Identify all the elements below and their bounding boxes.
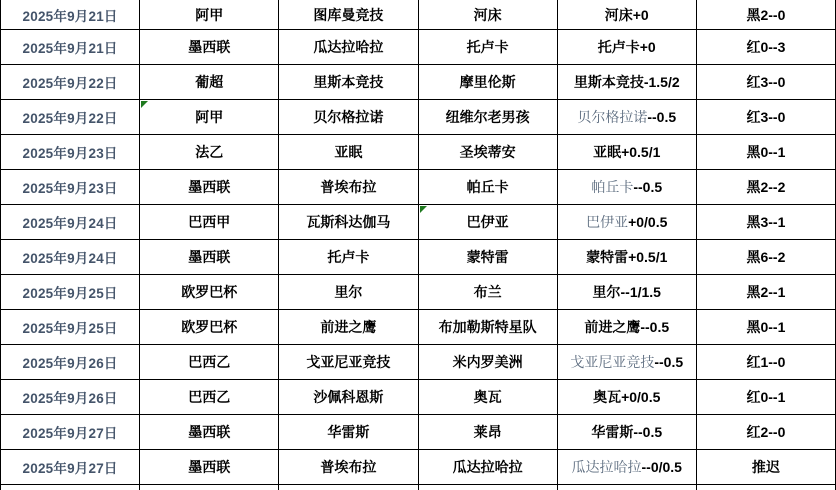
cell-result[interactable]: 红0--3 (697, 30, 836, 65)
cell-league[interactable]: 墨西联 (140, 240, 279, 275)
handicap-team-text: 蒙特雷 (586, 247, 628, 267)
cell-handicap[interactable]: 华雷斯--0.5 (558, 415, 697, 450)
away-text: 瓜达拉哈拉 (453, 457, 523, 477)
league-text: 巴西乙 (188, 352, 230, 372)
cell-date[interactable]: 2025年9月27日 (1, 450, 140, 485)
empty-cell[interactable] (558, 485, 697, 490)
cell-result[interactable]: 黑0--1 (697, 135, 836, 170)
handicap-team-text: 帕丘卡 (591, 177, 633, 197)
cell-away-team[interactable]: 帕丘卡 (419, 170, 558, 205)
home-text: 华雷斯 (327, 422, 369, 442)
result-text: 黑0--1 (746, 142, 785, 162)
home-text: 图库曼竞技 (313, 5, 383, 25)
league-text: 法乙 (195, 142, 223, 162)
cell-league[interactable]: 墨西联 (140, 415, 279, 450)
away-text: 布加勒斯特星队 (439, 317, 537, 337)
cell-league[interactable]: 欧罗巴杯 (140, 310, 279, 345)
home-text: 亚眠 (334, 142, 362, 162)
cell-result[interactable]: 红3--0 (697, 65, 836, 100)
cell-league[interactable]: 葡超 (140, 65, 279, 100)
cell-league[interactable]: 墨西联 (140, 450, 279, 485)
cell-league[interactable]: 巴西乙 (140, 380, 279, 415)
home-text: 贝尔格拉诺 (313, 107, 383, 127)
league-text: 墨西联 (188, 457, 230, 477)
cell-home-team[interactable]: 里斯本竞技 (279, 65, 418, 100)
cell-away-team[interactable]: 米内罗美洲 (419, 345, 558, 380)
handicap-value-text: --0/0.5 (642, 459, 682, 475)
away-text: 帕丘卡 (467, 177, 509, 197)
handicap-value-text: --0.5 (633, 424, 662, 440)
cell-date[interactable]: 2025年9月24日 (1, 240, 140, 275)
cell-result[interactable]: 黑2--2 (697, 170, 836, 205)
handicap-value-text: +0/0.5 (628, 214, 667, 230)
cell-handicap[interactable]: 蒙特雷+0.5/1 (558, 240, 697, 275)
handicap-team-text: 贝尔格拉诺 (577, 107, 647, 127)
cell-home-team[interactable]: 瓦斯科达伽马 (279, 205, 418, 240)
handicap-team-text: 河床 (605, 5, 633, 25)
home-text: 普埃布拉 (320, 177, 376, 197)
date-text: 2025年9月25日 (23, 282, 118, 302)
cell-league[interactable]: 巴西甲 (140, 205, 279, 240)
cell-date[interactable]: 2025年9月26日 (1, 345, 140, 380)
cell-result[interactable]: 红0--1 (697, 380, 836, 415)
league-text: 墨西联 (188, 177, 230, 197)
cell-result[interactable]: 黑6--2 (697, 240, 836, 275)
cell-handicap[interactable]: 河床+0 (558, 0, 697, 30)
cell-date[interactable]: 2025年9月24日 (1, 205, 140, 240)
away-text: 圣埃蒂安 (460, 142, 516, 162)
cell-handicap[interactable]: 戈亚尼亚竞技--0.5 (558, 345, 697, 380)
handicap-team-text: 戈亚尼亚竞技 (570, 352, 654, 372)
date-text: 2025年9月26日 (23, 387, 118, 407)
cell-away-team[interactable]: 托卢卡 (419, 30, 558, 65)
cell-handicap[interactable]: 里尔--1/1.5 (558, 275, 697, 310)
result-text: 红2--0 (746, 422, 785, 442)
handicap-value-text: +0.5/1 (621, 144, 660, 160)
league-text: 巴西乙 (188, 387, 230, 407)
handicap-value-text: --0.5 (633, 179, 662, 195)
handicap-value-text: +0/0.5 (621, 389, 660, 405)
cell-handicap[interactable]: 巴伊亚+0/0.5 (558, 205, 697, 240)
empty-cell[interactable] (279, 485, 418, 490)
cell-away-team[interactable]: 瓜达拉哈拉 (419, 450, 558, 485)
cell-handicap[interactable]: 前进之鹰 --0.5 (558, 310, 697, 345)
cell-away-team[interactable]: 圣埃蒂安 (419, 135, 558, 170)
away-text: 奥瓦 (474, 387, 502, 407)
handicap-team-text: 瓜达拉哈拉 (572, 457, 642, 477)
cell-handicap[interactable]: 奥瓦+0/0.5 (558, 380, 697, 415)
cell-date[interactable]: 2025年9月23日 (1, 170, 140, 205)
away-text: 摩里伦斯 (460, 72, 516, 92)
cell-away-team[interactable]: 莱昂 (419, 415, 558, 450)
handicap-team-text: 里尔 (593, 282, 621, 302)
handicap-team-text: 亚眠 (593, 142, 621, 162)
result-text: 黑3--1 (746, 212, 785, 232)
handicap-value-text: --0.5 (640, 319, 669, 335)
cell-handicap[interactable]: 瓜达拉哈拉--0/0.5 (558, 450, 697, 485)
cell-home-team[interactable]: 瓜达拉哈拉 (279, 30, 418, 65)
cell-away-team[interactable]: 蒙特雷 (419, 240, 558, 275)
corner-marker-icon (420, 206, 427, 213)
handicap-value-text: --0.5 (654, 354, 683, 370)
handicap-team-text: 前进之鹰 (584, 317, 640, 337)
away-text: 蒙特雷 (467, 247, 509, 267)
league-text: 阿甲 (195, 107, 223, 127)
handicap-team-text: 里斯本竞技 (574, 72, 644, 92)
date-text: 2025年9月21日 (23, 5, 118, 25)
cell-home-team[interactable]: 普埃布拉 (279, 170, 418, 205)
result-text: 黑0--1 (746, 317, 785, 337)
handicap-team-text: 华雷斯 (591, 422, 633, 442)
date-text: 2025年9月27日 (23, 457, 118, 477)
handicap-team-text: 巴伊亚 (586, 212, 628, 232)
date-text: 2025年9月24日 (23, 212, 118, 232)
home-text: 普埃布拉 (320, 457, 376, 477)
cell-away-team[interactable]: 布加勒斯特星队 (419, 310, 558, 345)
cell-league[interactable]: 欧罗巴杯 (140, 275, 279, 310)
league-text: 墨西联 (188, 247, 230, 267)
cell-result[interactable]: 黑3--1 (697, 205, 836, 240)
result-text: 红3--0 (746, 107, 785, 127)
away-text: 托卢卡 (467, 37, 509, 57)
cell-away-team[interactable]: 奥瓦 (419, 380, 558, 415)
cell-away-team[interactable]: 摩里伦斯 (419, 65, 558, 100)
cell-league[interactable]: 巴西乙 (140, 345, 279, 380)
cell-away-team[interactable]: 布兰 (419, 275, 558, 310)
date-text: 2025年9月23日 (23, 142, 118, 162)
cell-handicap[interactable]: 里斯本竞技-1.5/2 (558, 65, 697, 100)
away-text: 纽维尔老男孩 (446, 107, 530, 127)
cell-date[interactable]: 2025年9月22日 (1, 65, 140, 100)
result-text: 黑2--1 (746, 282, 785, 302)
cell-home-team[interactable]: 里尔 (279, 275, 418, 310)
cell-home-team[interactable]: 托卢卡 (279, 240, 418, 275)
cell-away-team[interactable]: 巴伊亚 (419, 205, 558, 240)
league-text: 欧罗巴杯 (181, 317, 237, 337)
home-text: 戈亚尼亚竞技 (306, 352, 390, 372)
home-text: 托卢卡 (327, 247, 369, 267)
cell-result[interactable]: 红1--0 (697, 345, 836, 380)
away-text: 布兰 (474, 282, 502, 302)
league-text: 墨西联 (188, 37, 230, 57)
cell-home-team[interactable]: 贝尔格拉诺 (279, 100, 418, 135)
handicap-team-text: 托卢卡 (598, 37, 640, 57)
cell-home-team[interactable]: 沙佩科恩斯 (279, 380, 418, 415)
date-text: 2025年9月26日 (23, 352, 118, 372)
cell-home-team[interactable]: 普埃布拉 (279, 450, 418, 485)
empty-cell[interactable] (697, 485, 836, 490)
cell-date[interactable]: 2025年9月21日 (1, 30, 140, 65)
cell-result[interactable]: 黑0--1 (697, 310, 836, 345)
away-text: 河床 (474, 5, 502, 25)
cell-result[interactable]: 红3--0 (697, 100, 836, 135)
cell-away-team[interactable]: 纽维尔老男孩 (419, 100, 558, 135)
cell-home-team[interactable]: 前进之鹰 (279, 310, 418, 345)
result-text: 推迟 (752, 457, 780, 477)
away-text: 莱昂 (474, 422, 502, 442)
cell-date[interactable]: 2025年9月22日 (1, 100, 140, 135)
home-text: 瓦斯科达伽马 (306, 212, 390, 232)
cell-home-team[interactable]: 戈亚尼亚竞技 (279, 345, 418, 380)
result-text: 黑2--0 (746, 5, 785, 25)
result-text: 红3--0 (746, 72, 785, 92)
away-text: 巴伊亚 (467, 212, 509, 232)
handicap-value-text: -1.5/2 (644, 74, 680, 90)
date-text: 2025年9月23日 (23, 177, 118, 197)
home-text: 沙佩科恩斯 (313, 387, 383, 407)
cell-date[interactable]: 2025年9月21日 (1, 0, 140, 30)
result-text: 红0--3 (746, 37, 785, 57)
handicap-value-text: +0 (640, 39, 656, 55)
cell-date[interactable]: 2025年9月25日 (1, 310, 140, 345)
handicap-value-text: +0.5/1 (628, 249, 667, 265)
home-text: 里斯本竞技 (313, 72, 383, 92)
cell-result[interactable]: 红2--0 (697, 415, 836, 450)
cell-result[interactable]: 黑2--0 (697, 0, 836, 30)
league-text: 墨西联 (188, 422, 230, 442)
empty-cell[interactable] (140, 485, 279, 490)
result-text: 红0--1 (746, 387, 785, 407)
cell-league[interactable]: 法乙 (140, 135, 279, 170)
cell-handicap[interactable]: 亚眠+0.5/1 (558, 135, 697, 170)
date-text: 2025年9月25日 (23, 317, 118, 337)
cell-handicap[interactable]: 托卢卡+0 (558, 30, 697, 65)
corner-marker-icon (141, 101, 148, 108)
empty-cell[interactable] (419, 485, 558, 490)
cell-away-team[interactable]: 河床 (419, 0, 558, 30)
cell-home-team[interactable]: 图库曼竞技 (279, 0, 418, 30)
handicap-value-text: --0.5 (647, 109, 676, 125)
handicap-value-text: --1/1.5 (621, 284, 661, 300)
cell-home-team[interactable]: 华雷斯 (279, 415, 418, 450)
cell-home-team[interactable]: 亚眠 (279, 135, 418, 170)
home-text: 前进之鹰 (320, 317, 376, 337)
league-text: 巴西甲 (188, 212, 230, 232)
cell-date[interactable]: 2025年9月26日 (1, 380, 140, 415)
league-text: 阿甲 (195, 5, 223, 25)
cell-handicap[interactable]: 贝尔格拉诺--0.5 (558, 100, 697, 135)
date-text: 2025年9月27日 (23, 422, 118, 442)
result-text: 黑2--2 (746, 177, 785, 197)
cell-league[interactable]: 阿甲 (140, 0, 279, 30)
result-text: 红1--0 (746, 352, 785, 372)
cell-league[interactable]: 墨西联 (140, 30, 279, 65)
results-table: 2025年9月21日阿甲图库曼竞技河床河床+0黑2--02025年9月21日墨西… (0, 0, 836, 490)
cell-league[interactable]: 阿甲 (140, 100, 279, 135)
date-text: 2025年9月21日 (23, 37, 118, 57)
away-text: 米内罗美洲 (453, 352, 523, 372)
cell-handicap[interactable]: 帕丘卡--0.5 (558, 170, 697, 205)
league-text: 欧罗巴杯 (181, 282, 237, 302)
empty-cell[interactable] (1, 485, 140, 490)
cell-league[interactable]: 墨西联 (140, 170, 279, 205)
cell-result[interactable]: 推迟 (697, 450, 836, 485)
handicap-team-text: 奥瓦 (593, 387, 621, 407)
cell-date[interactable]: 2025年9月27日 (1, 415, 140, 450)
home-text: 瓜达拉哈拉 (313, 37, 383, 57)
home-text: 里尔 (334, 282, 362, 302)
cell-result[interactable]: 黑2--1 (697, 275, 836, 310)
league-text: 葡超 (195, 72, 223, 92)
handicap-value-text: +0 (633, 7, 649, 23)
date-text: 2025年9月24日 (23, 247, 118, 267)
date-text: 2025年9月22日 (23, 107, 118, 127)
cell-date[interactable]: 2025年9月25日 (1, 275, 140, 310)
cell-date[interactable]: 2025年9月23日 (1, 135, 140, 170)
date-text: 2025年9月22日 (23, 72, 118, 92)
result-text: 黑6--2 (746, 247, 785, 267)
